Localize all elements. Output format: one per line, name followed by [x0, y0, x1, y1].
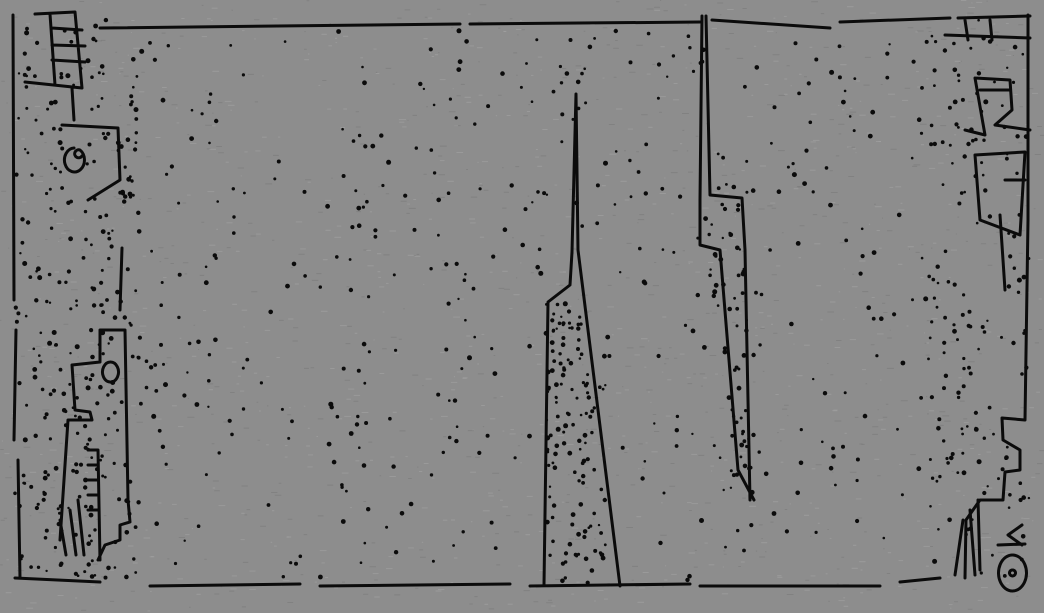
paper-background [0, 0, 1044, 613]
sketch-drawing [0, 0, 1044, 613]
ink-sketch-artwork [0, 0, 1044, 613]
